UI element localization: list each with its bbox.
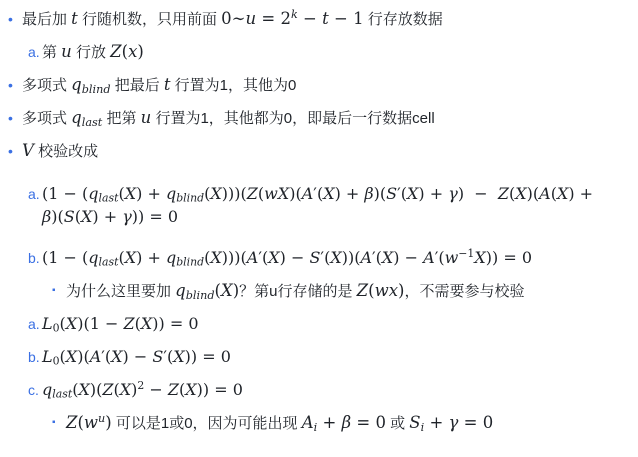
text-segment: 行随机数，只用前面 [78, 11, 221, 28]
text-line[interactable]: 最后加 t 行随机数，只用前面 0∼u = 2k − t − 1 行存放数据 [22, 8, 632, 31]
bullet-icon: • [8, 8, 22, 30]
list-item[interactable]: b.(1 − (qlast(X) + qblind(X)))(A′(X) − S… [28, 247, 632, 270]
math-segment: V [22, 141, 34, 160]
math-subscript: last [52, 388, 72, 401]
math-subscript: 0 [53, 355, 60, 368]
text-line[interactable]: V 校验改成 [22, 140, 632, 163]
square-bullet-icon: ▪ [52, 280, 66, 302]
text-segment: 或 [386, 415, 409, 432]
ordered-list-marker: c. [28, 379, 42, 401]
list-item[interactable]: a.第 u 行放 Z(x) [28, 41, 632, 64]
math-segment: Z(wx) [357, 281, 405, 300]
text-segment: 行置为1，其他为0 [171, 77, 297, 94]
list-item[interactable]: ▪为什么这里要加 qblind(X)？第u行存储的是 Z(wx)，不需要参与校验 [52, 280, 632, 303]
math-segment: Z(wu) [66, 413, 112, 432]
math-subscript: last [82, 116, 103, 129]
math-formula-line[interactable]: L0(X)(1 − Z(X)) = 0 [42, 313, 632, 336]
math-segment: qblind [71, 75, 110, 94]
text-segment: 行存放数据 [364, 11, 443, 28]
list-item[interactable]: c.qlast(X)(Z(X)2 − Z(X)) = 0 [28, 379, 632, 402]
text-line[interactable]: 为什么这里要加 qblind(X)？第u行存储的是 Z(wx)，不需要参与校验 [66, 280, 632, 303]
math-subscript: blind [82, 83, 111, 96]
text-segment: 把第 [102, 110, 140, 127]
bullet-icon: • [8, 107, 22, 129]
list-item[interactable]: ▪Z(wu) 可以是1或0，因为可能出现 Ai + β = 0 或 Si + γ… [52, 412, 632, 435]
list-item[interactable]: a.L0(X)(1 − Z(X)) = 0 [28, 313, 632, 336]
math-formula-line[interactable]: (1 − (qlast(X) + qblind(X)))(Z(wX)(A′(X)… [42, 183, 632, 229]
list-item[interactable]: •最后加 t 行随机数，只用前面 0∼u = 2k − t − 1 行存放数据 [8, 8, 632, 31]
math-formula-line[interactable]: L0(X)(A′(X) − S′(X)) = 0 [42, 346, 632, 369]
text-segment: 把最后 [111, 77, 164, 94]
document-body: •最后加 t 行随机数，只用前面 0∼u = 2k − t − 1 行存放数据a… [0, 0, 638, 435]
text-segment: 校验改成 [34, 143, 98, 160]
ordered-list-marker: b. [28, 247, 42, 269]
text-line[interactable]: Z(wu) 可以是1或0，因为可能出现 Ai + β = 0 或 Si + γ … [66, 412, 632, 435]
text-line[interactable]: 多项式 qlast 把第 u 行置为1，其他都为0，即最后一行数据cell [22, 107, 632, 130]
bullet-icon: • [8, 74, 22, 96]
text-segment: 为什么这里要加 [66, 283, 175, 300]
text-segment: 可以是1或0，因为可能出现 [112, 415, 302, 432]
math-segment: 0∼u = 2k − t − 1 [221, 9, 363, 28]
math-segment: Z(x) [110, 42, 144, 61]
list-item[interactable]: b.L0(X)(A′(X) − S′(X)) = 0 [28, 346, 632, 369]
math-subscript: blind [176, 256, 204, 269]
math-segment: Ai + β = 0 [302, 413, 386, 432]
ordered-list-marker: a. [28, 313, 42, 335]
text-segment: 行放 [72, 44, 110, 61]
list-item[interactable]: •多项式 qlast 把第 u 行置为1，其他都为0，即最后一行数据cell [8, 107, 632, 130]
text-line[interactable]: 多项式 qblind 把最后 t 行置为1，其他为0 [22, 74, 632, 97]
text-segment: 多项式 [22, 110, 71, 127]
math-segment: L0(X)(1 − Z(X)) = 0 [42, 314, 199, 333]
math-segment: qblind(X) [175, 281, 239, 300]
math-formula-line[interactable]: qlast(X)(Z(X)2 − Z(X)) = 0 [42, 379, 632, 402]
math-segment: L0(X)(A′(X) − S′(X)) = 0 [42, 347, 231, 366]
ordered-list-marker: a. [28, 41, 42, 63]
math-superscript: −1 [458, 247, 474, 260]
math-subscript: blind [186, 289, 215, 302]
math-segment: (1 − (qlast(X) + qblind(X)))(A′(X) − S′(… [42, 248, 532, 267]
math-subscript: last [99, 192, 119, 205]
math-formula-line[interactable]: (1 − (qlast(X) + qblind(X)))(A′(X) − S′(… [42, 247, 632, 270]
math-segment: Si + γ = 0 [409, 413, 493, 432]
square-bullet-icon: ▪ [52, 412, 66, 434]
text-segment: 第 [42, 44, 61, 61]
math-segment: qlast [71, 108, 102, 127]
text-line[interactable]: 第 u 行放 Z(x) [42, 41, 632, 64]
list-item[interactable]: •V 校验改成 [8, 140, 632, 163]
text-segment: 最后加 [22, 11, 71, 28]
math-segment: t [71, 9, 78, 28]
list-item[interactable]: •多项式 qblind 把最后 t 行置为1，其他为0 [8, 74, 632, 97]
math-subscript: last [99, 256, 119, 269]
math-segment: β)(S(X) + γ)) = 0 [42, 207, 178, 226]
ordered-list-marker: a. [28, 183, 42, 205]
math-segment: (1 − (qlast(X) + qblind(X)))(Z(wX)(A′(X)… [42, 184, 593, 203]
math-segment: u [141, 108, 152, 127]
math-segment: t [164, 75, 171, 94]
math-superscript: k [291, 8, 298, 21]
math-segment: u [61, 42, 72, 61]
text-segment: ？第u行存储的是 [239, 283, 357, 300]
text-segment: ，不需要参与校验 [404, 283, 524, 300]
list-item[interactable]: a.(1 − (qlast(X) + qblind(X)))(Z(wX)(A′(… [28, 183, 632, 229]
math-subscript: 0 [53, 322, 60, 335]
math-subscript: blind [176, 192, 204, 205]
ordered-list-marker: b. [28, 346, 42, 368]
math-segment: qlast(X)(Z(X)2 − Z(X)) = 0 [42, 380, 243, 399]
text-segment: 行置为1，其他都为0，即最后一行数据cell [151, 110, 434, 127]
text-segment: 多项式 [22, 77, 71, 94]
bullet-icon: • [8, 140, 22, 162]
